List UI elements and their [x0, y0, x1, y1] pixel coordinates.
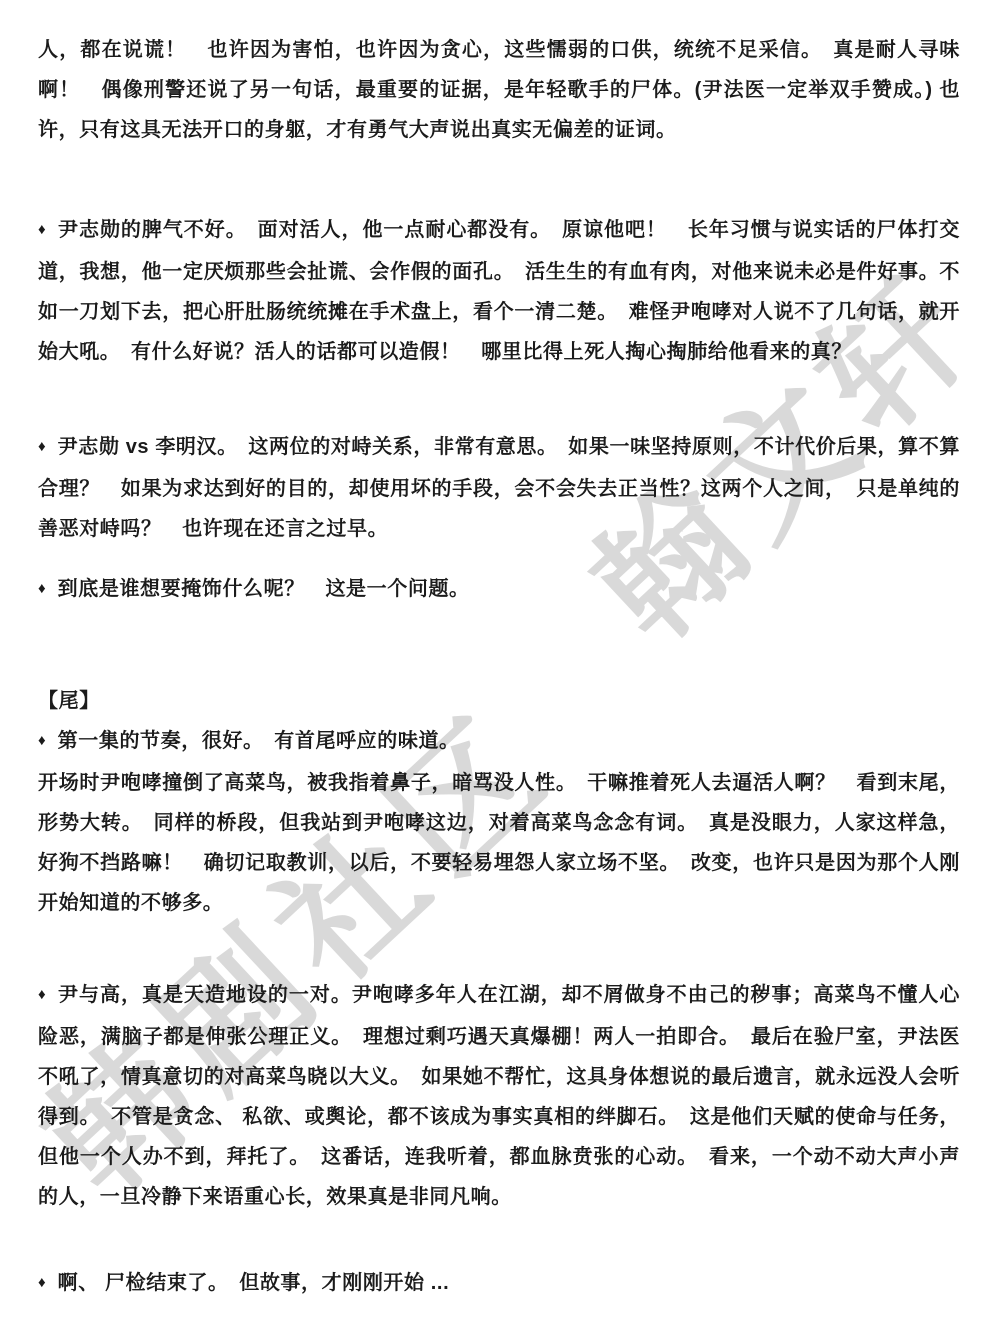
bullet-diamond-icon: ♦ — [38, 732, 46, 749]
bullet-diamond-icon: ♦ — [38, 438, 46, 455]
paragraph-text: 第一集的节奏，很好。 有首尾呼应的味道。 — [58, 730, 460, 752]
paragraph-text: 到底是谁想要掩饰什么呢？ 这是一个问题。 — [58, 578, 470, 600]
paragraph-text: 尹与高，真是天造地设的一对。尹咆哮多年人在江湖，却不屑做身不由己的秽事；高菜鸟不… — [38, 984, 960, 1208]
paragraph-text: 尹志勋的脾气不好。 面对活人，他一点耐心都没有。 原谅他吧！ 长年习惯与说实话的… — [38, 219, 960, 363]
paragraph-text: 开场时尹咆哮撞倒了高菜鸟，被我指着鼻子，暗骂没人性。 干嘛推着死人去逼活人啊？ … — [38, 772, 960, 914]
paragraph-yin-and-gao: ♦尹与高，真是天造地设的一对。尹咆哮多年人在江湖，却不屑做身不由己的秽事；高菜鸟… — [38, 975, 960, 1217]
bullet-diamond-icon: ♦ — [38, 986, 46, 1003]
paragraph-text: 啊、 尸检结束了。 但故事，才刚刚开始 ... — [58, 1272, 450, 1294]
section-header-tail: 【尾】 — [38, 681, 960, 721]
paragraph-yin-temper: ♦尹志勋的脾气不好。 面对活人，他一点耐心都没有。 原谅他吧！ 长年习惯与说实话… — [38, 210, 960, 372]
document-page: 翰文轩 韩剧社区 人，都在说谎！ 也许因为害怕，也许因为贪心，这些懦弱的口供，统… — [0, 0, 1000, 1342]
paragraph-who-conceals: ♦到底是谁想要掩饰什么呢？ 这是一个问题。 — [38, 569, 960, 611]
bullet-diamond-icon: ♦ — [38, 221, 46, 238]
paragraph-testimony-intro: 人，都在说谎！ 也许因为害怕，也许因为贪心，这些懦弱的口供，统统不足采信。 真是… — [38, 30, 960, 150]
paragraph-opening-scene: 开场时尹咆哮撞倒了高菜鸟，被我指着鼻子，暗骂没人性。 干嘛推着死人去逼活人啊？ … — [38, 763, 960, 923]
paragraph-episode-rhythm: ♦第一集的节奏，很好。 有首尾呼应的味道。 — [38, 721, 960, 763]
bullet-diamond-icon: ♦ — [38, 580, 46, 597]
paragraph-text: 尹志勋 vs 李明汉。 这两位的对峙关系，非常有意思。 如果一味坚持原则，不计代… — [38, 436, 960, 540]
section-header-text: 【尾】 — [38, 690, 100, 712]
paragraph-text: 人，都在说谎！ 也许因为害怕，也许因为贪心，这些懦弱的口供，统统不足采信。 真是… — [38, 39, 960, 141]
paragraph-yin-vs-li: ♦尹志勋 vs 李明汉。 这两位的对峙关系，非常有意思。 如果一味坚持原则，不计… — [38, 427, 960, 549]
document-body: 人，都在说谎！ 也许因为害怕，也许因为贪心，这些懦弱的口供，统统不足采信。 真是… — [0, 0, 1000, 1305]
paragraph-autopsy-ends: ♦啊、 尸检结束了。 但故事，才刚刚开始 ... — [38, 1263, 960, 1305]
bullet-diamond-icon: ♦ — [38, 1274, 46, 1291]
